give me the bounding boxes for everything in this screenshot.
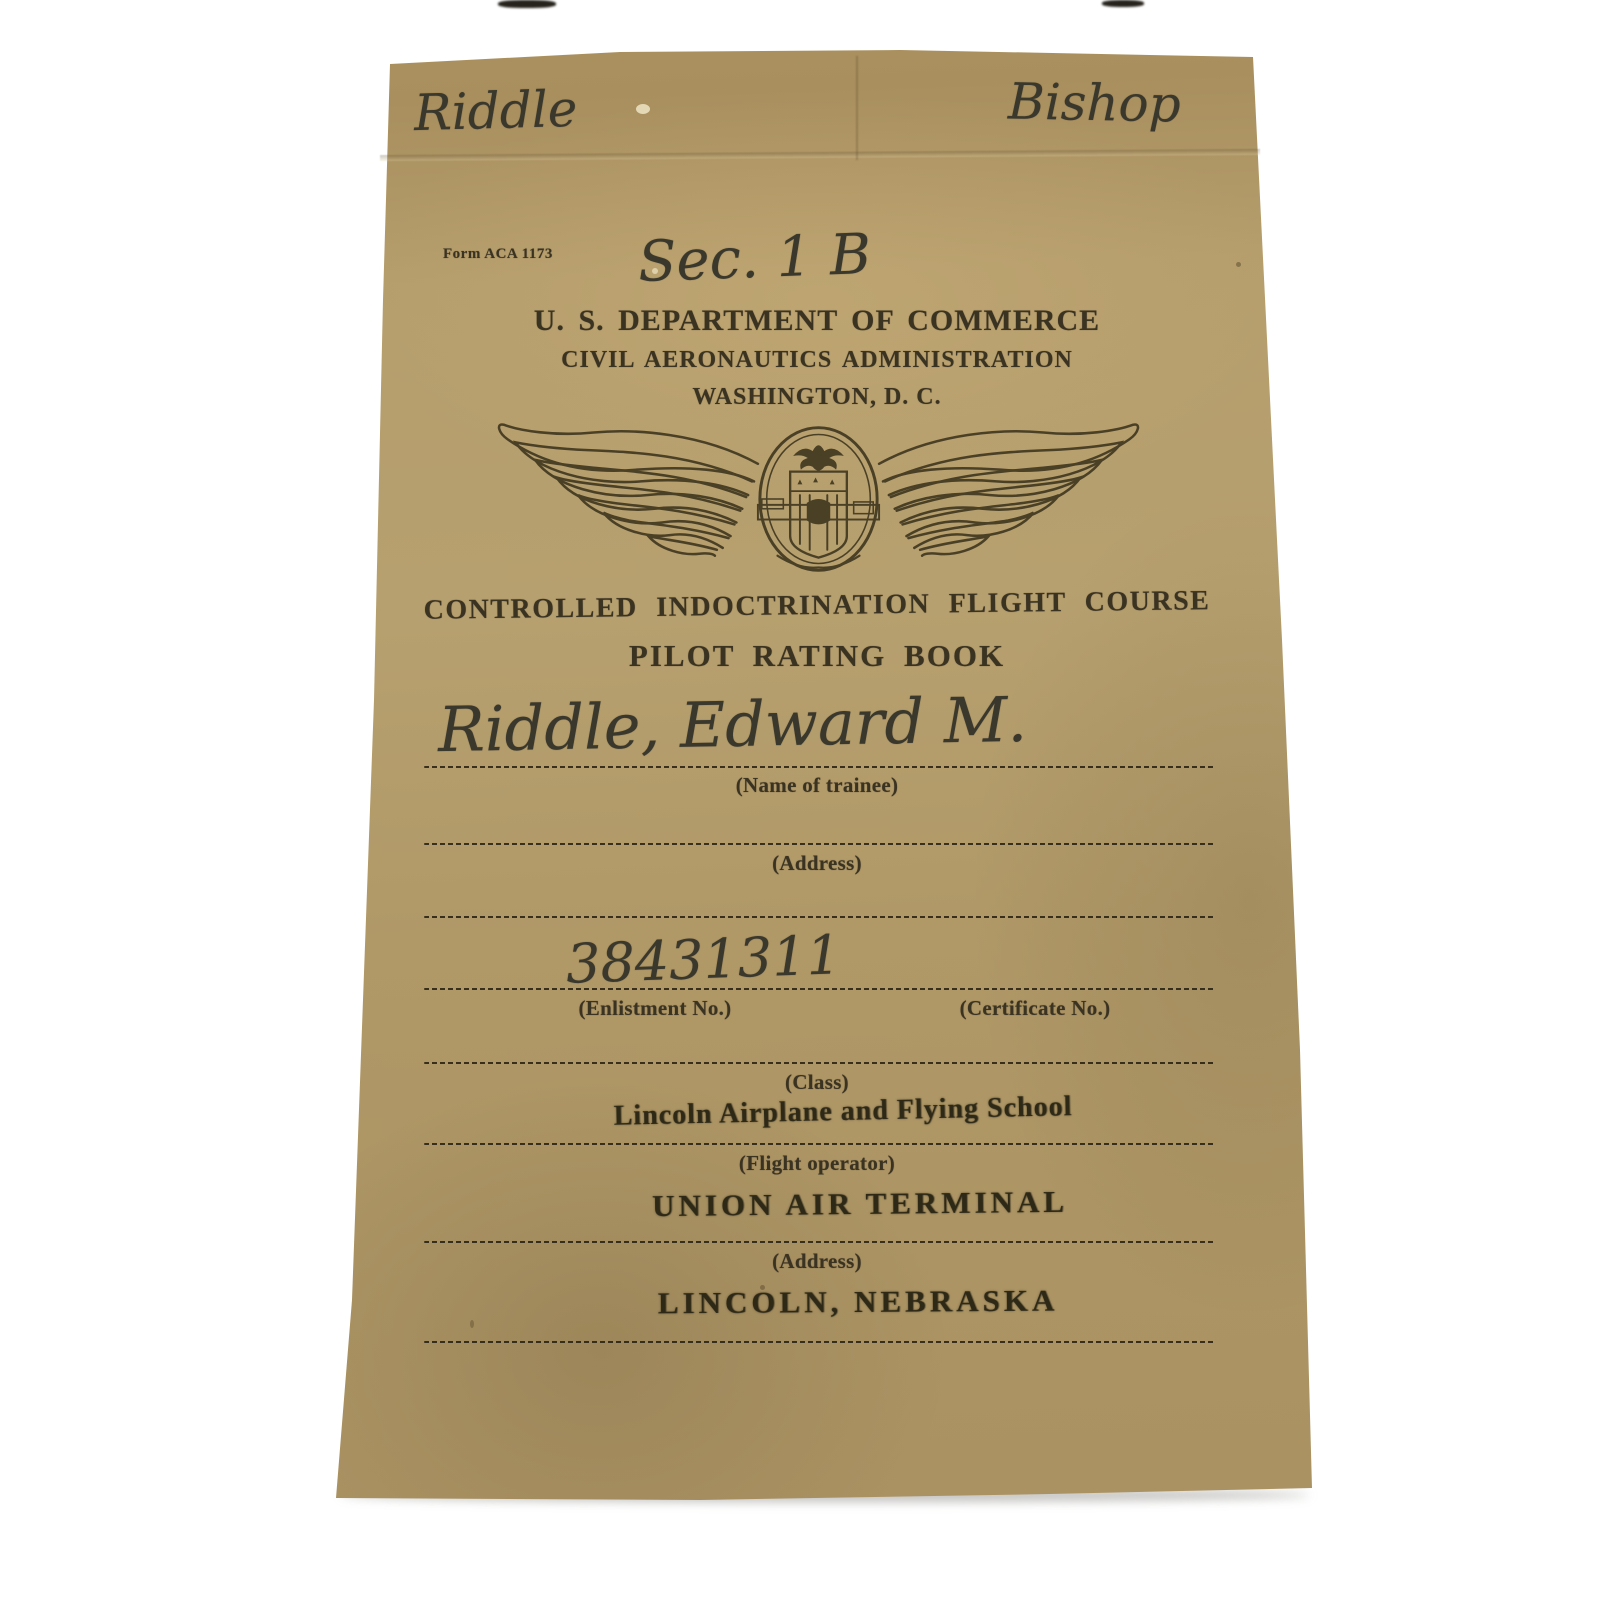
stamped-operator-city: LINCOLN, NEBRASKA [458, 1281, 1258, 1323]
top-edge-smudge [498, 0, 556, 8]
handwritten-name-top-right: Bishop [1008, 72, 1182, 133]
book-title: PILOT RATING BOOK [417, 638, 1217, 674]
paper-speck [636, 104, 650, 114]
handwritten-enlistment-number: 38431311 [565, 923, 842, 996]
label-enlistment-no: (Enlistment No.) [495, 996, 815, 1021]
label-flight-operator: (Flight operator) [417, 1151, 1217, 1176]
form-number: Form ACA 1173 [443, 246, 553, 263]
paper-speck [1236, 262, 1241, 267]
top-edge-smudge [1102, 0, 1144, 7]
label-name-of-trainee: (Name of trainee) [417, 773, 1217, 798]
handwritten-trainee-name: Riddle, Edward M. [437, 683, 1027, 766]
label-address: (Address) [417, 851, 1217, 876]
handwritten-name-top-left: Riddle [413, 80, 578, 142]
label-certificate-no: (Certificate No.) [875, 996, 1195, 1021]
handwritten-section-note: Sec. 1 B [637, 222, 872, 295]
caa-wings-emblem-icon [496, 420, 1141, 578]
agency-location: WASHINGTON, D. C. [417, 384, 1217, 411]
agency-title: CIVIL AERONAUTICS ADMINISTRATION [417, 347, 1217, 374]
department-title: U. S. DEPARTMENT OF COMMERCE [417, 304, 1217, 338]
photo-of-document: Riddle Bishop Form ACA 1173 Sec. 1 B U. … [0, 0, 1600, 1600]
vertical-crease [856, 56, 858, 160]
label-operator-address: (Address) [417, 1249, 1217, 1274]
